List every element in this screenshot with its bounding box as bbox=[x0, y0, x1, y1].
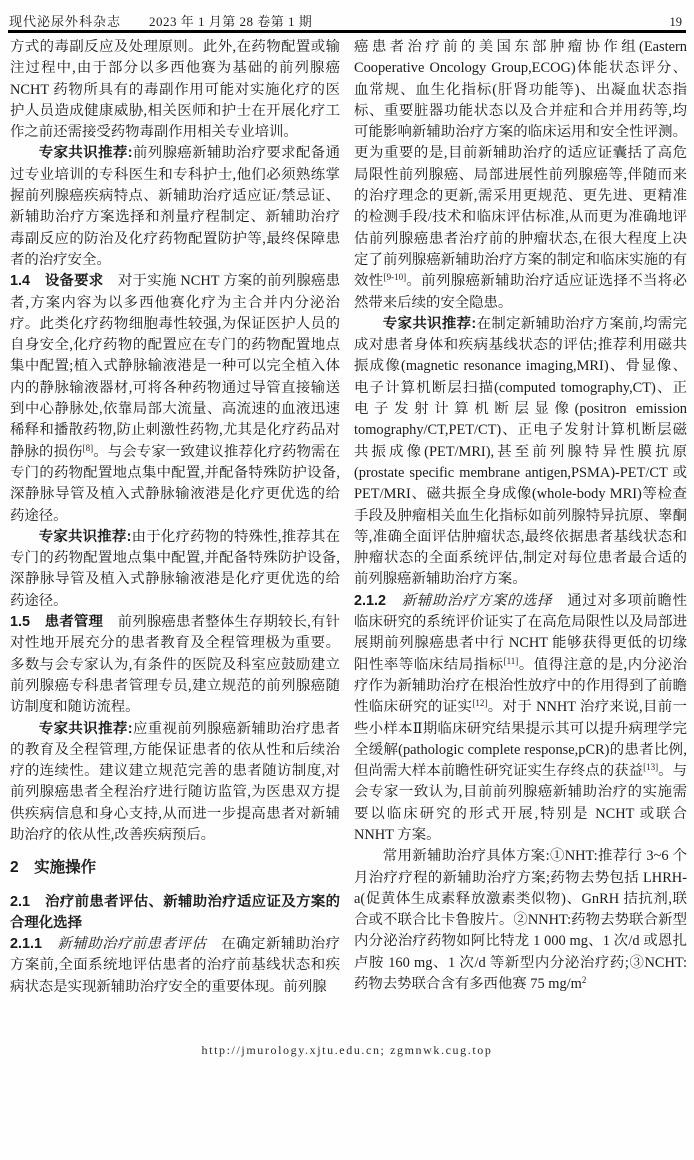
section-1-5-patient-management: 1.5 患者管理 前列腺癌患者整体生存期较长,有针对性地开展充分的患者教育及全程… bbox=[10, 612, 340, 718]
text-run: 专家共识推荐: bbox=[39, 529, 132, 545]
right-column: 癌患者治疗前的美国东部肿瘤协作组(Eastern Cooperative Onc… bbox=[354, 37, 687, 998]
journal-title: 现代泌尿外科杂志 bbox=[9, 11, 121, 30]
text-run: 专家共识推荐: bbox=[383, 316, 476, 332]
reference-superscript: [8] bbox=[83, 443, 94, 453]
text-run: 在制定新辅助治疗方案前,均需完成对患者身体和疾病基线状态的评估;推荐利用磁共振成… bbox=[354, 316, 687, 588]
text-run: 癌患者治疗前的美国东部肿瘤协作组(Eastern Cooperative Onc… bbox=[354, 39, 687, 289]
expert-consensus-imaging: 专家共识推荐:在制定新辅助治疗方案前,均需完成对患者身体和疾病基线状态的评估;推… bbox=[354, 314, 687, 591]
section-2-heading: 2 实施操作 bbox=[10, 857, 340, 878]
section-2-1-1-pretreatment-evaluation: 2.1.1 新辅助治疗前患者评估 在确定新辅助治疗方案前,全面系统地评估患者的治… bbox=[10, 934, 340, 998]
expert-consensus-follow-up: 专家共识推荐:应重视前列腺癌新辅助治疗患者的教育及全程管理,方能保证患者的依从性… bbox=[10, 719, 340, 847]
text-run: 专家共识推荐: bbox=[39, 145, 133, 161]
expert-consensus-training: 专家共识推荐:前列腺癌新辅助治疗要求配备通过专业培训的专科医生和专科护士,他们必… bbox=[10, 143, 340, 271]
section-2-1-heading: 2.1 治疗前患者评估、新辅助治疗适应证及方案的合理化选择 bbox=[10, 892, 340, 935]
paragraph-evaluation-continuation: 癌患者治疗前的美国东部肿瘤协作组(Eastern Cooperative Onc… bbox=[354, 37, 687, 314]
reference-superscript: [12] bbox=[472, 698, 487, 708]
paragraph-toxicity-continuation: 方式的毒副反应及处理原则。此外,在药物配置或输注过程中,由于部分以多西他赛为基础… bbox=[10, 37, 340, 143]
issue-info: 2023 年 1 月第 28 卷第 1 期 bbox=[149, 11, 312, 30]
text-run: 1.4 设备要求 bbox=[10, 273, 118, 289]
text-run: 前列腺癌新辅助治疗要求配备通过专业培训的专科医生和专科护士,他们必须熟练掌握前列… bbox=[10, 145, 340, 267]
text-run: 2.1.1 bbox=[10, 936, 57, 952]
reference-superscript: [9-10] bbox=[384, 272, 407, 282]
footer-url: http://jmurology.xjtu.edu.cn; zgmnwk.cug… bbox=[0, 1043, 694, 1058]
section-1-4-equipment: 1.4 设备要求 对于实施 NCHT 方案的前列腺癌患者,方案内容为以多西他赛化… bbox=[10, 271, 340, 527]
section-2-1-2-regimen-selection: 2.1.2 新辅助治疗方案的选择 通过对多项前瞻性临床研究的系统评价证实了在高危… bbox=[354, 591, 687, 847]
page-number: 19 bbox=[670, 15, 683, 30]
article-body: 方式的毒副反应及处理原则。此外,在药物配置或输注过程中,由于部分以多西他赛为基础… bbox=[10, 37, 687, 998]
text-run: 1.5 患者管理 bbox=[10, 614, 118, 630]
text-run: 2.1 治疗前患者评估、新辅助治疗适应证及方案的合理化选择 bbox=[10, 894, 340, 931]
journal-page: 现代泌尿外科杂志 2023 年 1 月第 28 卷第 1 期 19 方式的毒副反… bbox=[0, 0, 694, 1160]
text-run: 新辅助治疗前患者评估 bbox=[57, 936, 206, 952]
text-run: 对于实施 NCHT 方案的前列腺癌患者,方案内容为以多西他赛化疗为主合并内分泌治… bbox=[10, 273, 340, 459]
reference-superscript: [11] bbox=[504, 656, 519, 666]
text-run: 方式的毒副反应及处理原则。此外,在药物配置或输注过程中,由于部分以多西他赛为基础… bbox=[10, 39, 340, 140]
left-column: 方式的毒副反应及处理原则。此外,在药物配置或输注过程中,由于部分以多西他赛为基础… bbox=[10, 37, 340, 998]
page-header: 现代泌尿外科杂志 2023 年 1 月第 28 卷第 1 期 19 bbox=[9, 11, 682, 30]
header-rule bbox=[8, 30, 686, 33]
text-run: 2.1.2 bbox=[354, 593, 402, 609]
paragraph-common-regimens: 常用新辅助治疗具体方案:①NHT:推荐行 3~6 个月治疗疗程的新辅助治疗方案;… bbox=[354, 846, 687, 995]
text-run: 应重视前列腺癌新辅助治疗患者的教育及全程管理,方能保证患者的依从性和后续治疗的连… bbox=[10, 721, 340, 843]
text-run: 专家共识推荐: bbox=[39, 721, 133, 737]
reference-superscript: 2 bbox=[582, 975, 587, 985]
text-run: 新辅助治疗方案的选择 bbox=[402, 593, 552, 609]
reference-superscript: [13] bbox=[643, 762, 658, 772]
text-run: 2 实施操作 bbox=[10, 859, 96, 876]
text-run: 常用新辅助治疗具体方案:①NHT:推荐行 3~6 个月治疗疗程的新辅助治疗方案;… bbox=[354, 848, 687, 992]
expert-consensus-drug-preparation: 专家共识推荐:由于化疗药物的特殊性,推荐其在专门的药物配置地点集中配置,并配备特… bbox=[10, 527, 340, 612]
